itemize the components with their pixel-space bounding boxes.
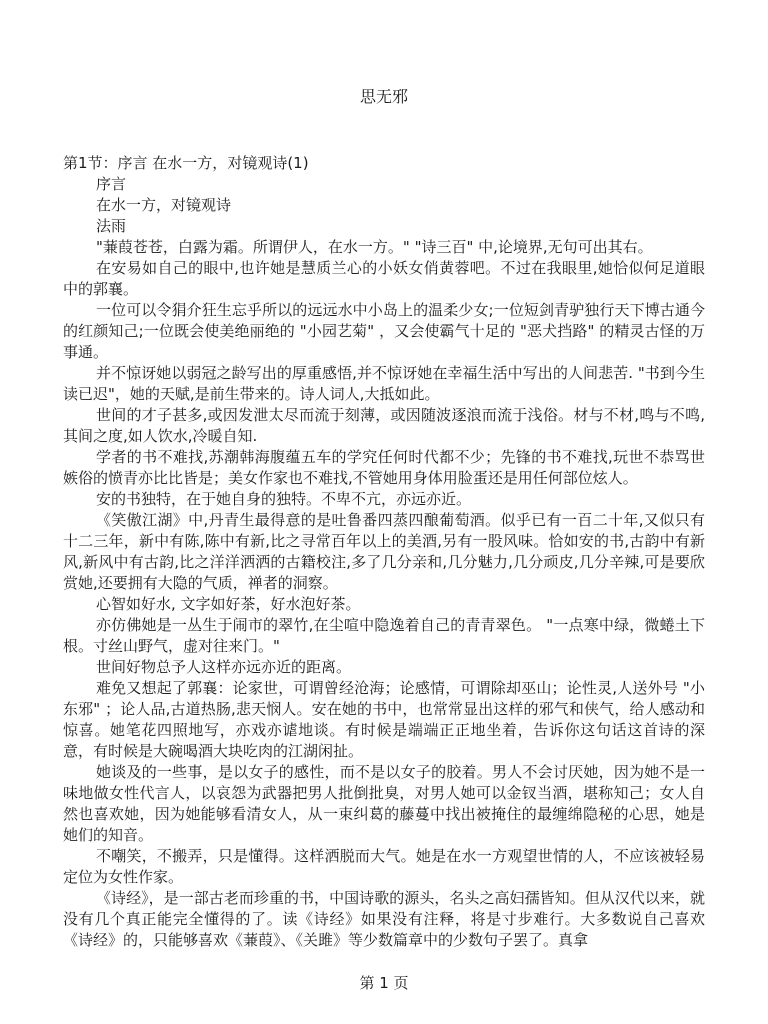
- title-spacer: [63, 107, 705, 153]
- document-page: 思无邪 第1节：序言 在水一方，对镜观诗(1) 序言 在水一方，对镜观诗 法雨 …: [0, 0, 768, 1024]
- paragraph: 一位可以令狷介狂生忘乎所以的远远水中小岛上的温柔少女;一位短剑青驴独行天下博古通…: [63, 300, 705, 363]
- author-line: 法雨: [63, 216, 705, 237]
- paragraph: 在安易如自己的眼中,也许她是慧质兰心的小妖女俏黄蓉吧。不过在我眼里,她恰似何足道…: [63, 258, 705, 300]
- paragraph: 学者的书不难找,苏潮韩海腹蕴五车的学究任何时代都不少；先锋的书不难找,玩世不恭骂…: [63, 447, 705, 489]
- paragraph: 《诗经》，是一部古老而珍重的书，中国诗歌的源头，名头之高妇孺皆知。但从汉代以来，…: [63, 888, 705, 951]
- paragraph: 《笑傲江湖》中,丹青生最得意的是吐鲁番四蒸四酿葡萄酒。似乎已有一百二十年,又似只…: [63, 510, 705, 594]
- paragraph: 世间好物总予人这样亦远亦近的距离。: [63, 657, 705, 678]
- paragraph: 世间的才子甚多,或因发泄太尽而流于刻薄，或因随波逐浪而流于浅俗。材与不材,鸣与不…: [63, 405, 705, 447]
- paragraph: 心智如好水, 文字如好茶，好水泡好茶。: [63, 594, 705, 615]
- paragraph: 她谈及的一些事，是以女子的感性，而不是以女子的胶着。男人不会讨厌她，因为她不是一…: [63, 762, 705, 846]
- paragraph: 难免又想起了郭襄：论家世，可谓曾经沧海；论感情，可谓除却巫山；论性灵,人送外号 …: [63, 678, 705, 762]
- paragraph: 安的书独特，在于她自身的独特。不卑不亢，亦远亦近。: [63, 489, 705, 510]
- subtitle-line: 序言: [63, 174, 705, 195]
- subtitle-line: 在水一方，对镜观诗: [63, 195, 705, 216]
- page-content: 思无邪 第1节：序言 在水一方，对镜观诗(1) 序言 在水一方，对镜观诗 法雨 …: [0, 0, 768, 951]
- paragraph: 不嘲笑，不搬弄，只是懂得。这样洒脱而大气。她是在水一方观望世情的人，不应该被轻易…: [63, 846, 705, 888]
- paragraph: 亦仿佛她是一丛生于闹市的翠竹,在尘喧中隐逸着自己的青青翠色。 "一点寒中绿，微蜷…: [63, 615, 705, 657]
- paragraph: "蒹葭苍苍，白露为霜。所谓伊人，在水一方。" "诗三百" 中,论境界,无句可出其…: [63, 237, 705, 258]
- book-title: 思无邪: [63, 86, 705, 107]
- page-number: 第 1 页: [0, 973, 768, 994]
- section-heading: 第1节：序言 在水一方，对镜观诗(1): [63, 153, 705, 174]
- paragraph: 并不惊讶她以弱冠之龄写出的厚重感悟,并不惊讶她在幸福生活中写出的人间悲苦. "书…: [63, 363, 705, 405]
